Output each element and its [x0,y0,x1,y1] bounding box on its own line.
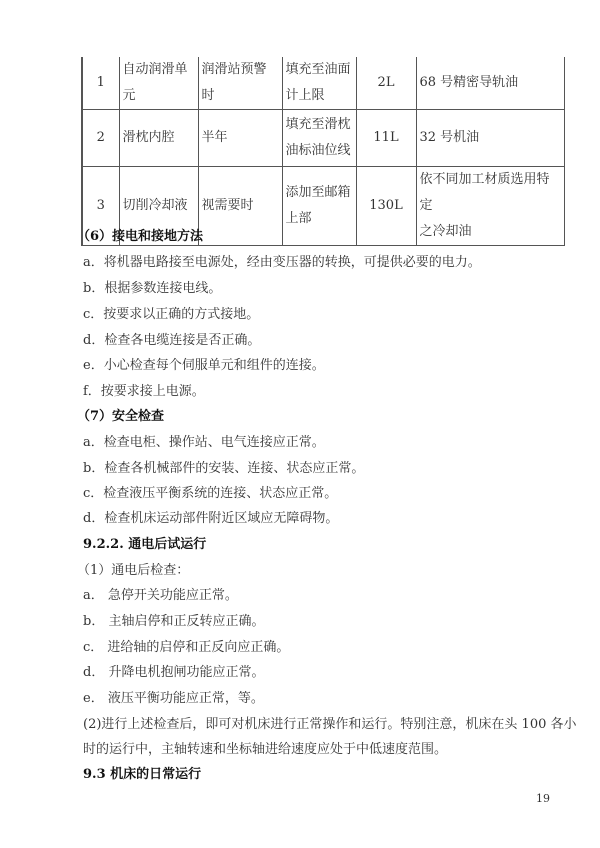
section-7-heading: （7）安全检查 [77,409,164,425]
list-item: d． 升降电机抱闸功能应正常。 [83,665,264,681]
cell-volume: 11L [356,110,416,167]
cell-oil: 68 号精密导轨油 [416,57,564,110]
list-item: e． 液压平衡功能应正常，等。 [83,691,264,707]
list-item: c．检查液压平衡系统的连接、状态应正常。 [83,486,337,502]
list-item: d．检查机床运动部件附近区域应无障碍物。 [83,511,338,527]
list-item: a．检查电柜、操作站、电气连接应正常。 [83,435,325,451]
cell-method: 填充至滑枕油标油位线 [282,110,356,167]
cell-interval: 润滑站预警时 [198,57,282,110]
list-item: c．按要求以正确的方式接地。 [83,307,259,323]
list-item: b． 主轴启停和正反转应正确。 [83,614,264,630]
cell-no: 1 [82,57,119,110]
cell-method: 添加至邮箱上部 [282,167,356,246]
table-row: 1 自动润滑单元 润滑站预警时 填充至油面计上限 2L 68 号精密导轨油 [82,57,564,110]
list-item: b．检查各机械部件的安装、连接、状态应正常。 [83,461,364,477]
paragraph-line: (2)进行上述检查后，即可对机床进行正常操作和运行。特别注意，机床在头 100 … [83,717,577,733]
subsection-1-heading: （1）通电后检查： [77,563,189,579]
list-item: d．检查各电缆连接是否正确。 [83,333,260,349]
cell-volume: 2L [356,57,416,110]
list-item: a． 急停开关功能应正常。 [83,588,238,604]
table-row: 2 滑枕内腔 半年 填充至滑枕油标油位线 11L 32 号机油 [82,110,564,167]
section-6-heading: （6）接电和接地方法 [77,229,203,245]
cell-part: 自动润滑单元 [119,57,198,110]
list-item: e．小心检查每个伺服单元和组件的连接。 [83,358,325,374]
cell-interval: 半年 [198,110,282,167]
cell-no: 2 [82,110,119,167]
cell-interval: 视需要时 [198,167,282,246]
list-item: b．根据参数连接电线。 [83,281,221,297]
cell-oil: 依不同加工材质选用特定之冷却油 [416,167,564,246]
list-item: c． 进给轴的启停和正反向应正确。 [83,640,289,656]
list-item: f．按要求接上电源。 [83,384,205,400]
cell-method: 填充至油面计上限 [282,57,356,110]
section-9-3-heading: 9.3 机床的日常运行 [83,767,201,783]
page-number: 19 [536,792,550,805]
cell-oil: 32 号机油 [416,110,564,167]
list-item: a．将机器电路接至电源处，经由变压器的转换，可提供必要的电力。 [83,255,481,271]
section-9-2-2-heading: 9.2.2. 通电后试运行 [83,537,206,553]
cell-part: 滑枕内腔 [119,110,198,167]
cell-volume: 130L [356,167,416,246]
lubrication-table: 1 自动润滑单元 润滑站预警时 填充至油面计上限 2L 68 号精密导轨油 2 … [81,57,565,246]
paragraph-line: 时的运行中，主轴转速和坐标轴进给速度应处于中低速度范围。 [83,742,447,758]
